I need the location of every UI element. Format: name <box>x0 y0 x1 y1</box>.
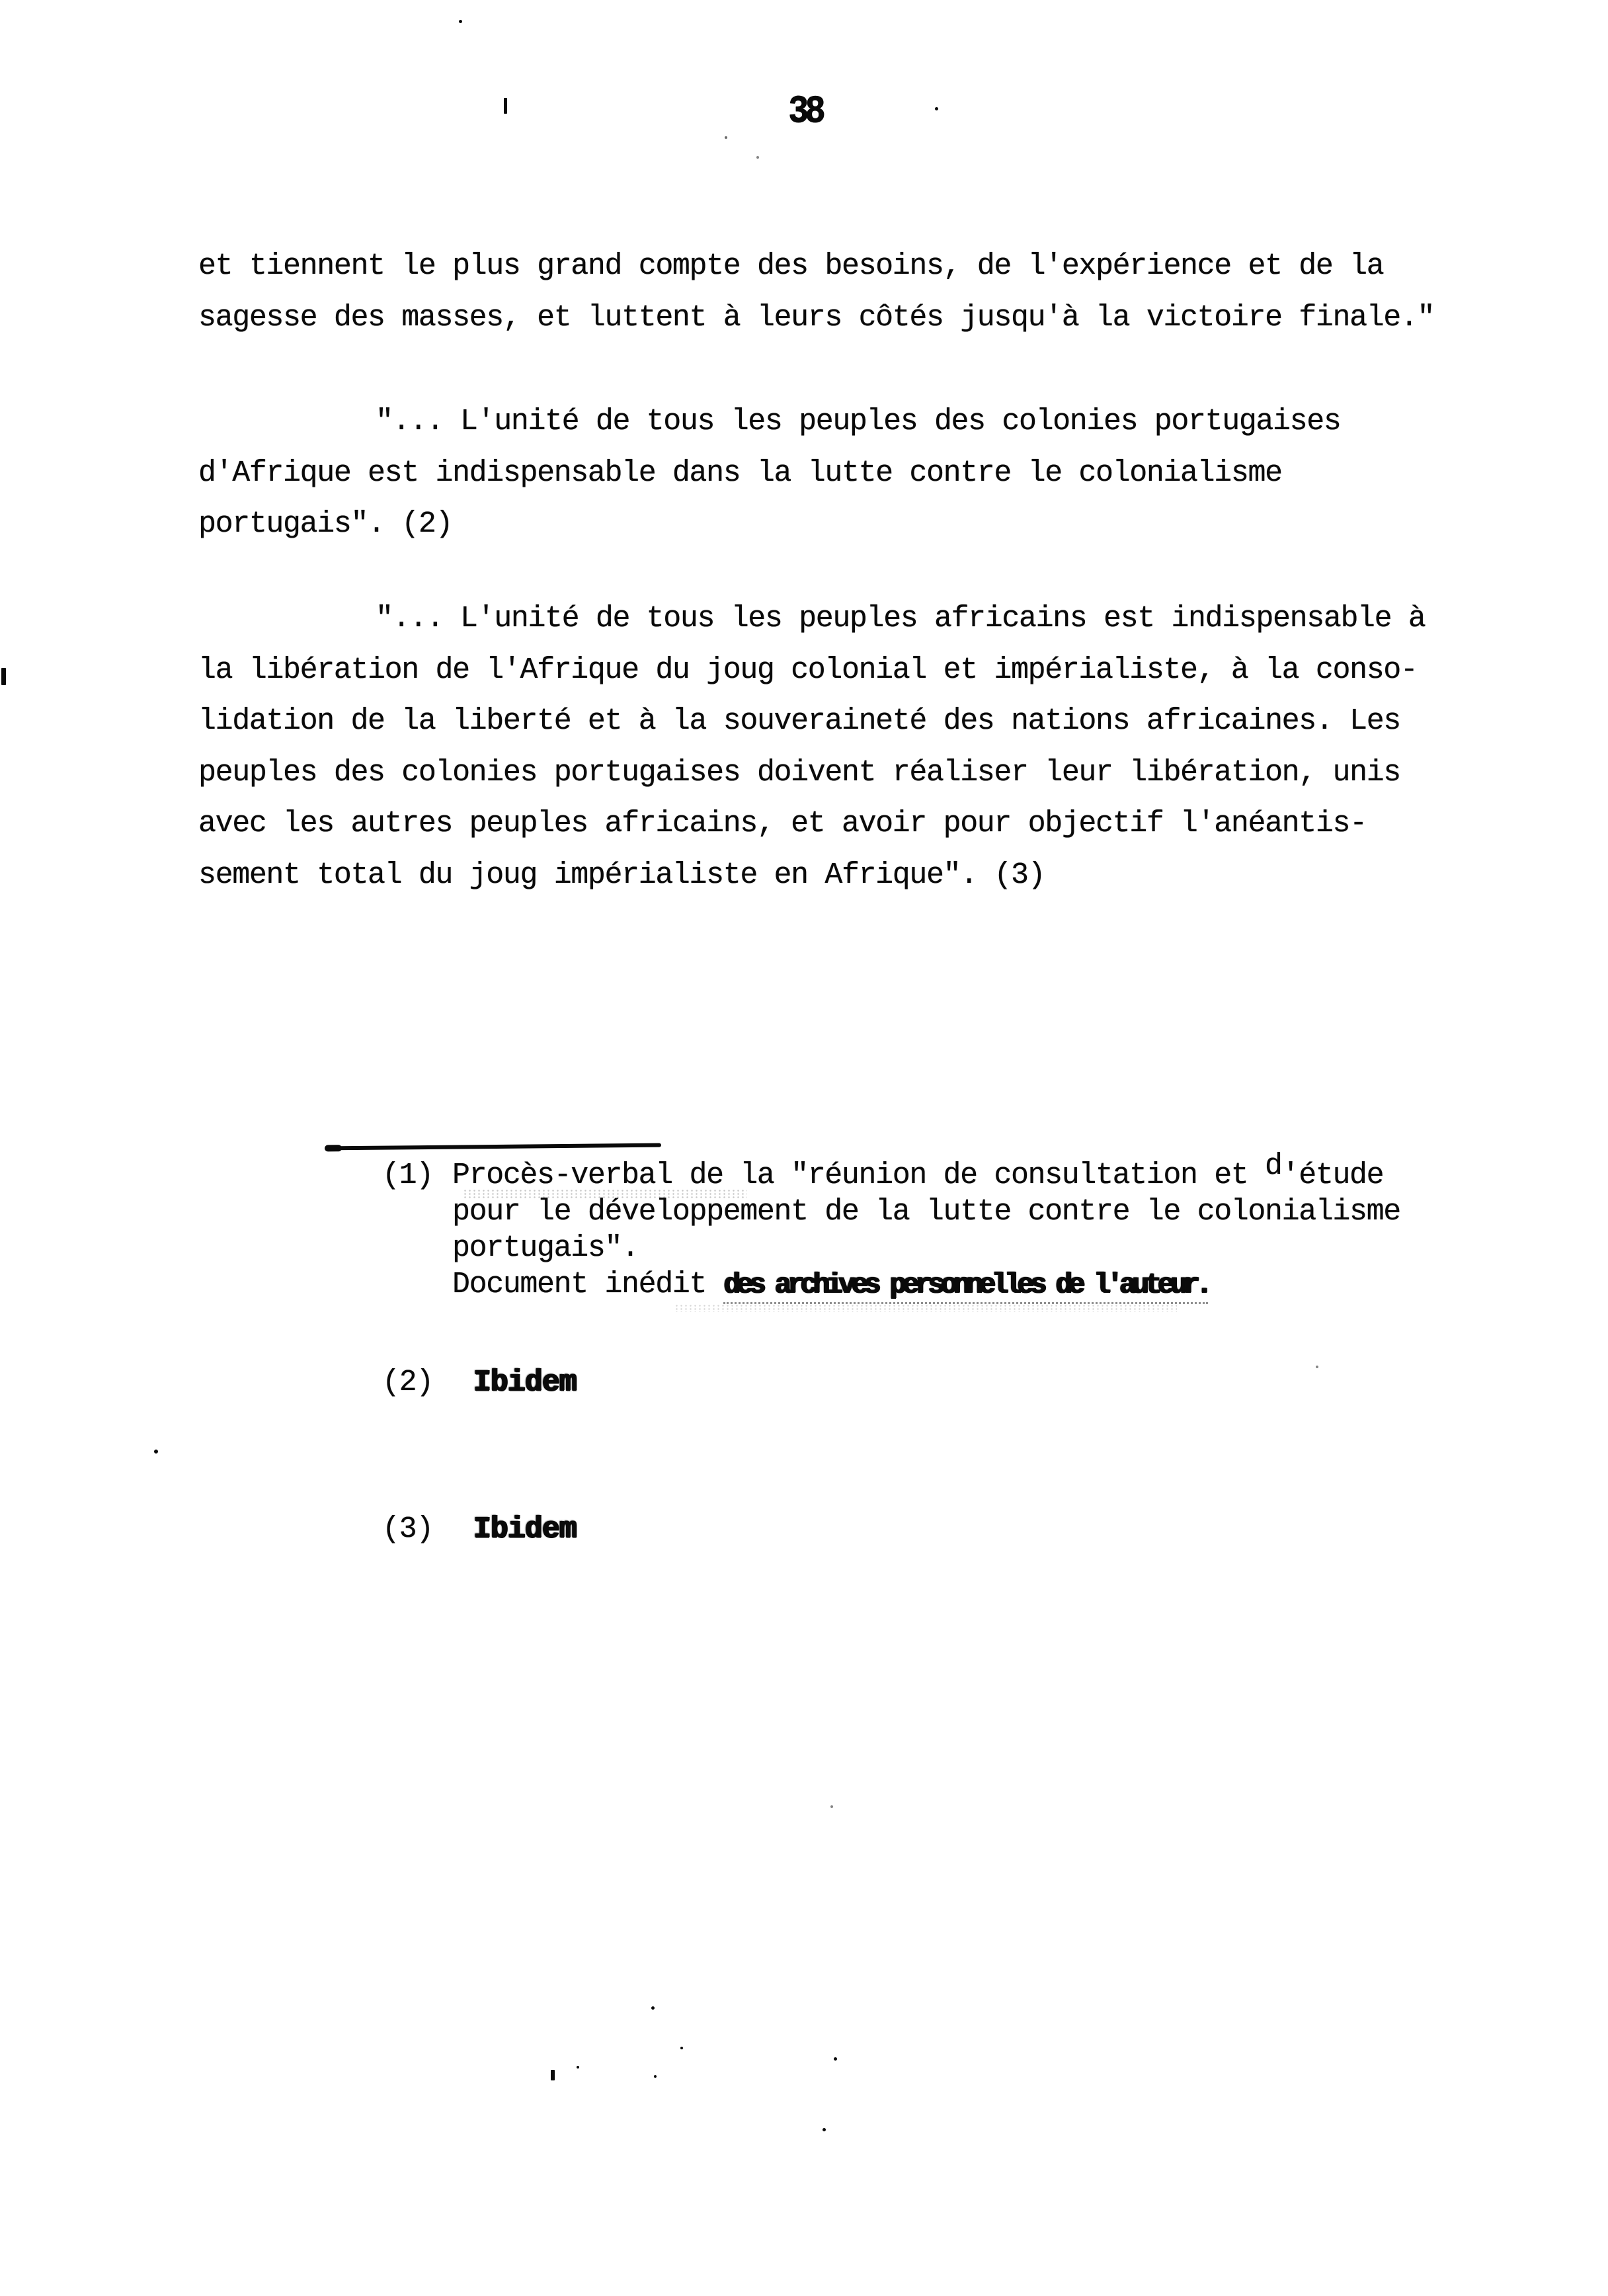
scan-speck <box>551 2070 555 2080</box>
footnote-1-marker: (1) <box>382 1157 452 1194</box>
scan-speck <box>651 2006 655 2010</box>
scan-speck <box>834 2057 837 2061</box>
footnote-2-marker: (2) <box>382 1364 473 1401</box>
paragraph-3-quote: "... L'unité de tous les peuples africai… <box>198 593 1425 901</box>
footnote-1-line2: pour le développement de la lutte contre… <box>452 1195 1400 1229</box>
superscript-d: d <box>1265 1149 1282 1183</box>
footnote-1-text: Procès-verbal de la "réunion de consulta… <box>452 1157 1400 1303</box>
footnote-3: (3) Ibidem <box>382 1511 576 1547</box>
scan-smudge <box>463 1189 747 1200</box>
scan-speck <box>1316 1366 1318 1368</box>
footnote-2: (2) Ibidem <box>382 1364 576 1401</box>
scan-speck <box>830 1805 833 1808</box>
footnote-1-line1: Procès-verbal de la "réunion de consulta… <box>452 1149 1383 1192</box>
scan-speck <box>459 20 462 23</box>
scan-speck <box>680 2047 683 2049</box>
footnote-1: (1) Procès-verbal de la "réunion de cons… <box>382 1157 1400 1303</box>
scan-speck <box>1 668 6 685</box>
scan-speck <box>725 136 727 139</box>
scan-speck <box>823 2128 826 2131</box>
footnote-1-line4: Document inédit des archives personnelle… <box>452 1268 1208 1301</box>
scan-smudge <box>674 1304 1177 1312</box>
scan-speck <box>154 1450 158 1454</box>
page-number: 38 <box>788 90 821 134</box>
scan-speck <box>756 156 759 159</box>
scan-speck <box>654 2075 657 2078</box>
paragraph-1: et tiennent le plus grand compte des bes… <box>198 241 1434 343</box>
scan-speck <box>504 98 507 114</box>
footnote-1-line3: portugais". <box>452 1231 639 1265</box>
footnote-rule <box>327 1143 661 1151</box>
footnote-1-bold-overtype: des archives personnelles de l'auteur. <box>723 1268 1209 1304</box>
footnote-3-text: Ibidem <box>473 1511 576 1547</box>
footnote-3-marker: (3) <box>382 1511 473 1547</box>
document-page: 38 et tiennent le plus grand compte des … <box>0 0 1608 2296</box>
scan-speck <box>935 107 938 110</box>
paragraph-2-quote: "... L'unité de tous les peuples des col… <box>198 396 1340 550</box>
scan-speck <box>577 2066 579 2069</box>
footnote-2-text: Ibidem <box>473 1364 576 1401</box>
